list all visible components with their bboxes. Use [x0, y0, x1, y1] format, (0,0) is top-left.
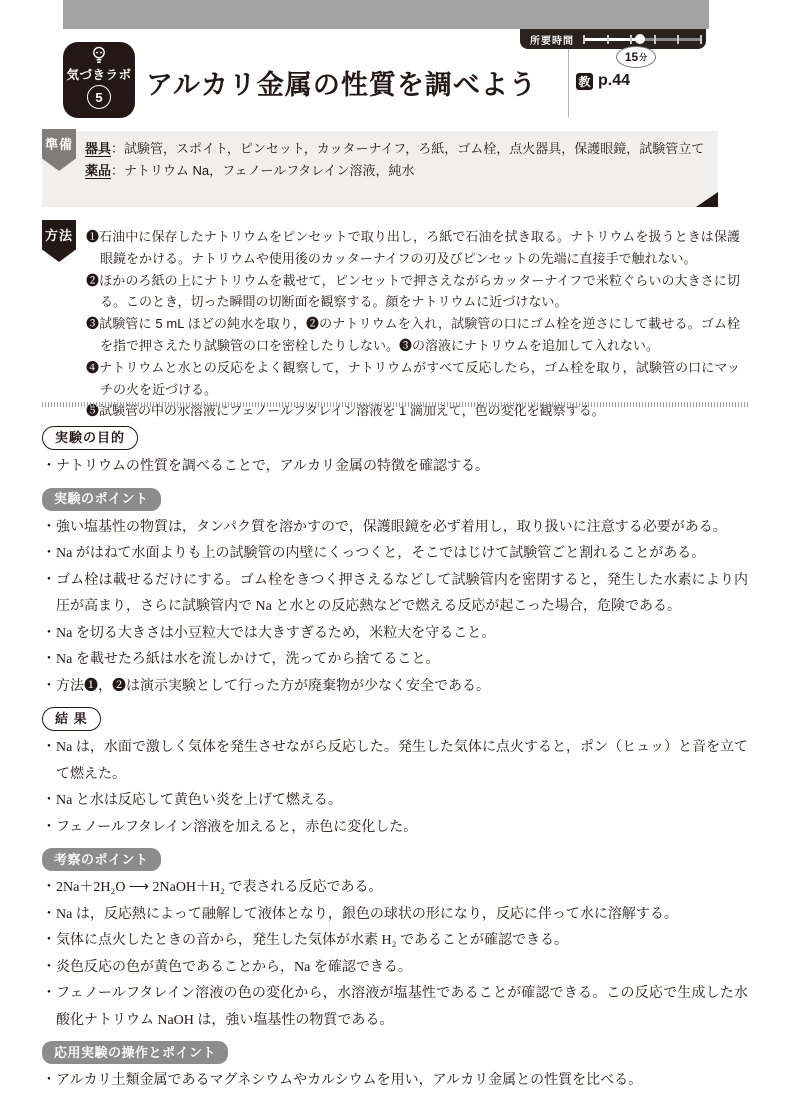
prep-chemicals-row: 薬品：ナトリウム Na，フェノールフタレイン溶液，純水	[85, 160, 708, 182]
step-number: ❸	[86, 316, 99, 331]
duration-dot	[635, 34, 645, 44]
step-text: 石油中に保存したナトリウムをピンセットで取り出し，ろ紙で石油を拭き取る。ナトリウ…	[99, 229, 740, 266]
section-item: ・気体に点火したときの音から，発生した気体が水素 H₂ であることが確認できる。	[42, 928, 748, 955]
duration-tick	[677, 35, 679, 44]
section: 実験のポイント ・強い塩基性の物質は，タンパク質を溶かすので，保護眼鏡を必ず着用…	[42, 488, 748, 701]
step-text: 試験管に 5 mL ほどの純水を取り，❷のナトリウムを入れ，試験管の口にゴム栓を…	[99, 316, 740, 353]
prep-equipment-row: 器具：試験管，スポイト，ピンセット，カッターナイフ，ろ紙，ゴム栓，点火器具，保護…	[85, 138, 708, 160]
section-pill: 考察のポイント	[42, 848, 161, 871]
section-item: ・ゴム栓は載せるだけにする。ゴム栓をきつく押さえるなどして試験管内を密閉すると，…	[42, 568, 748, 621]
section: 実験の目的 ・ナトリウムの性質を調べることで，アルカリ金属の特徴を確認する。	[42, 426, 748, 481]
page-title: アルカリ金属の性質を調べよう	[146, 63, 537, 102]
section-item: ・アルカリ土類金属であるマグネシウムやカルシウムを用い，アルカリ金属との性質を比…	[42, 1068, 748, 1095]
lab-badge-number: 5	[87, 85, 111, 109]
section-divider	[42, 402, 748, 407]
duration-value: 15	[625, 50, 638, 64]
duration-tick	[583, 35, 585, 44]
prep-equipment-label: 器具	[85, 141, 111, 157]
section-pill-row: 考察のポイント	[42, 848, 748, 871]
method-step: ❹ナトリウムと水との反応をよく観察して，ナトリウムがすべて反応したら，ゴム栓を取…	[86, 357, 740, 401]
section-pill: 実験の目的	[42, 426, 138, 450]
duration-unit: 分	[639, 52, 647, 63]
duration-widget: 所要時間 15 分	[520, 29, 706, 49]
section-item: ・強い塩基性の物質は，タンパク質を溶かすので，保護眼鏡を必ず着用し，取り扱いに注…	[42, 515, 748, 542]
section-pill-row: 結 果	[42, 707, 748, 731]
section-item: ・ナトリウムの性質を調べることで，アルカリ金属の特徴を確認する。	[42, 454, 748, 481]
lab-badge: 気づきラボ 5	[63, 42, 135, 118]
step-number: ❹	[86, 360, 99, 375]
step-text: ナトリウムと水との反応をよく観察して，ナトリウムがすべて反応したら，ゴム栓を取り…	[99, 360, 740, 397]
section: 結 果 ・Na は，水面で激しく気体を発生させながら反応した。発生した気体に点火…	[42, 707, 748, 841]
section-pill: 応用実験の操作とポイント	[42, 1041, 228, 1064]
prep-chemicals-label: 薬品	[85, 163, 111, 179]
header-divider-line	[568, 49, 569, 117]
section-item: ・炎色反応の色が黄色であることから，Na を確認できる。	[42, 955, 748, 982]
method-badge: 方法	[42, 220, 76, 262]
duration-slider	[583, 38, 701, 41]
duration-tick	[630, 35, 632, 44]
top-bar	[63, 0, 709, 29]
section: 考察のポイント ・2Na＋2H₂O ⟶ 2NaOH＋H₂ で表される反応である。…	[42, 848, 748, 1034]
prep-equipment-value: 試験管，スポイト，ピンセット，カッターナイフ，ろ紙，ゴム栓，点火器具，保護眼鏡，…	[124, 141, 704, 156]
corner-marker-icon	[696, 192, 718, 207]
method-step: ❶石油中に保存したナトリウムをピンセットで取り出し，ろ紙で石油を拭き取る。ナトリ…	[86, 226, 740, 270]
method-steps: ❶石油中に保存したナトリウムをピンセットで取り出し，ろ紙で石油を拭き取る。ナトリ…	[86, 226, 740, 422]
step-number: ❶	[86, 229, 99, 244]
section-pill-row: 応用実験の操作とポイント	[42, 1041, 748, 1064]
duration-tick	[654, 35, 656, 44]
section-items: ・強い塩基性の物質は，タンパク質を溶かすので，保護眼鏡を必ず着用し，取り扱いに注…	[42, 515, 748, 701]
section-item: ・Na と水は反応して黄色い炎を上げて燃える。	[42, 788, 748, 815]
section-items: ・Na は，水面で激しく気体を発生させながら反応した。発生した気体に点火すると，…	[42, 735, 748, 841]
duration-label: 所要時間	[530, 32, 574, 47]
prep-chemicals-value: ナトリウム Na，フェノールフタレイン溶液，純水	[124, 163, 415, 178]
section-item: ・フェノールフタレイン溶液の色の変化から，水溶液が塩基性であることが確認できる。…	[42, 981, 748, 1034]
section-item: ・Na がはねて水面よりも上の試験管の内壁にくっつくと，そこではじけて試験管ごと…	[42, 541, 748, 568]
section-item: ・フェノールフタレイン溶液を加えると，赤色に変化した。	[42, 815, 748, 842]
prep-panel: 器具：試験管，スポイト，ピンセット，カッターナイフ，ろ紙，ゴム栓，点火器具，保護…	[42, 131, 718, 207]
section-pill: 結 果	[42, 707, 101, 731]
section-item: ・Na を切る大きさは小豆粒大では大きすぎるため，米粒大を守ること。	[42, 621, 748, 648]
textbook-badge: 教	[576, 73, 593, 90]
prep-colon: ：	[111, 163, 124, 178]
section-item: ・Na を載せたろ紙は水を流しかけて，洗ってから捨てること。	[42, 647, 748, 674]
section-item: ・2Na＋2H₂O ⟶ 2NaOH＋H₂ で表される反応である。	[42, 875, 748, 902]
lightbulb-icon	[89, 45, 109, 66]
textbook-page: p.44	[598, 72, 630, 90]
section-item: ・方法❶，❷は演示実験として行った方が廃棄物が少なく安全である。	[42, 674, 748, 701]
section-item: ・Na は，反応熱によって融解して液体となり，銀色の球状の形になり，反応に伴って…	[42, 902, 748, 929]
section-item: ・Na は，水面で激しく気体を発生させながら反応した。発生した気体に点火すると，…	[42, 735, 748, 788]
section: 応用実験の操作とポイント ・アルカリ土類金属であるマグネシウムやカルシウムを用い…	[42, 1041, 748, 1095]
method-step: ❷ほかのろ紙の上にナトリウムを載せて，ピンセットで押さえながらカッターナイフで米…	[86, 270, 740, 314]
document-page: 所要時間 15 分 気づきラボ 5 アルカリ金属の性質を調べよう 教	[0, 0, 790, 1116]
section-pill-row: 実験の目的	[42, 426, 748, 450]
lab-badge-label: 気づきラボ	[66, 65, 131, 83]
section-items: ・アルカリ土類金属であるマグネシウムやカルシウムを用い，アルカリ金属との性質を比…	[42, 1068, 748, 1095]
method-step: ❸試験管に 5 mL ほどの純水を取り，❷のナトリウムを入れ，試験管の口にゴム栓…	[86, 313, 740, 357]
textbook-ref: 教 p.44	[576, 72, 630, 90]
section-items: ・2Na＋2H₂O ⟶ 2NaOH＋H₂ で表される反応である。・Na は，反応…	[42, 875, 748, 1034]
duration-value-bubble: 15 分	[616, 46, 656, 68]
content-sections: 実験の目的 ・ナトリウムの性質を調べることで，アルカリ金属の特徴を確認する。 実…	[42, 419, 748, 1095]
step-text: ほかのろ紙の上にナトリウムを載せて，ピンセットで押さえながらカッターナイフで米粒…	[99, 273, 740, 310]
section-pill: 実験のポイント	[42, 488, 161, 511]
duration-tick	[607, 35, 609, 44]
step-number: ❷	[86, 273, 99, 288]
section-items: ・ナトリウムの性質を調べることで，アルカリ金属の特徴を確認する。	[42, 454, 748, 481]
duration-tick	[700, 35, 702, 44]
prep-colon: ：	[111, 141, 124, 156]
section-pill-row: 実験のポイント	[42, 488, 748, 511]
